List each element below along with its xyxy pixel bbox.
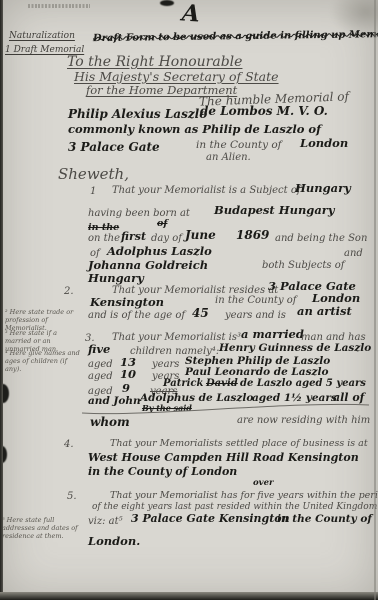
s5-inserted-over: over [253, 479, 274, 488]
s3-aged-label-2: aged [88, 372, 113, 382]
s5-residence-fill: 3 Palace Gate Kensington [131, 513, 290, 524]
s5-residence-form-1: That your Memorialist has for five years… [110, 491, 378, 501]
s3-child5-age: 9 [122, 383, 130, 395]
s1-born-form: having been born at [88, 209, 190, 219]
margin-note-children: ⁴ Here give names and ages of children (… [5, 350, 85, 373]
memorialist-name-a: Philip Alexius Laszlo [68, 108, 207, 120]
s4-business-form: That your Memorialists settled place of … [110, 439, 368, 449]
s3-children-count-fill: five [88, 344, 110, 356]
s1-on-the: on the [88, 234, 120, 244]
margin-label-naturalization: Naturalization [9, 32, 75, 41]
letter-mark: A [181, 1, 200, 25]
page-edge-left [0, 0, 3, 600]
s4-business-fill-1: West House Campden Hill Road Kensington [88, 452, 359, 463]
s3-whom: whom [90, 416, 130, 428]
intro-county-form: in the County of [196, 140, 282, 151]
section-1-number: 1 [90, 187, 96, 197]
s1-subjects-form: both Subjects of [262, 261, 344, 271]
s1-day-fill: first [121, 231, 146, 242]
s5-county-fill: London. [88, 536, 140, 548]
alien-label: an Alien. [206, 153, 251, 163]
s3-child1-name: Henry Guinness de Laszlo [219, 343, 371, 354]
memorial-document-page: A Naturalization 1 Draft Memorial Draft … [0, 0, 378, 600]
s1-father-fill: Adolphus Laszlo [107, 246, 212, 258]
s2-profession-fill: an artist [297, 306, 352, 318]
s2-age-fill: 45 [192, 307, 209, 319]
s2-age-form-b: years and is [225, 311, 286, 321]
s5-county-form: in the County of [277, 514, 372, 525]
section-2-number: 2. [64, 287, 74, 297]
ink-smudge-top [160, 0, 174, 6]
s1-subject-form: That your Memorialist is a Subject of [112, 186, 301, 196]
addressee-line-2: His Majesty's Secretary of State [74, 71, 279, 84]
s1-mother-fill: Johanna Goldreich [88, 260, 208, 272]
margin-note-addresses: ⁵ Here state full addresses and dates of… [2, 517, 82, 540]
s5-residence-form-2: of the eight years last past resided wit… [92, 503, 377, 512]
s3-years-label-1: years [152, 360, 179, 370]
s2-county-fill: London [312, 293, 360, 305]
s1-born-fill: Budapest Hungary [214, 205, 335, 217]
known-as-line: commonly known as Philip de Laszlo of [68, 124, 321, 136]
s3-child4-struck: David [206, 379, 238, 389]
section-4-number: 4. [64, 440, 74, 450]
memorialist-name-b: de Lombos M. V. O. [200, 105, 328, 117]
s3-child3-age: 10 [120, 369, 136, 381]
struck-draft-note: Draft Form to be used as a guide in fill… [93, 30, 378, 44]
s2-age-form-a: and is of the age of [88, 311, 185, 321]
s2-resides-fill2: Kensington [90, 297, 164, 309]
s1-year-fill: 1869 [236, 229, 269, 241]
s2-county-form: in the County of [215, 296, 297, 306]
s3-residing-form: are now residing with him [237, 416, 370, 426]
addressee-line-1: To the Right Honourable [67, 55, 242, 69]
intro-county-fill: London [300, 138, 348, 150]
sheweth-heading: Sheweth, [58, 167, 129, 182]
s1-month-fill: June [185, 229, 216, 241]
page-edge-bottom [0, 592, 378, 600]
s3-child2-name: Stephen Philip de Laszlo [185, 356, 330, 367]
s1-struck-in-the: in the [88, 223, 119, 233]
s3-child3-name: Paul Leonardo de Laszlo [185, 367, 328, 378]
page-edge-right [374, 0, 376, 600]
section-5-number: 5. [67, 492, 77, 502]
s1-day-of: day of [151, 234, 182, 244]
s4-business-fill-2: in the County of London [88, 466, 237, 477]
s1-country-fill: Hungary [88, 273, 144, 285]
intro-address-fill: 3 Palace Gate [68, 141, 160, 153]
s1-subject-fill: Hungary [295, 183, 351, 195]
ink-flourish [80, 400, 372, 416]
s3-married-fill: a married [241, 329, 304, 341]
s1-and-form: and [344, 249, 363, 259]
s3-child4-post: de Laszlo aged 5 years [240, 379, 366, 389]
s1-struck-of: of [157, 219, 167, 229]
stationer-imprint [28, 4, 90, 8]
s1-son-form: and being the Son [275, 234, 367, 244]
s5-viz-form: viz: at⁵ [88, 517, 123, 527]
s3-aged-label-1: aged [88, 360, 113, 370]
